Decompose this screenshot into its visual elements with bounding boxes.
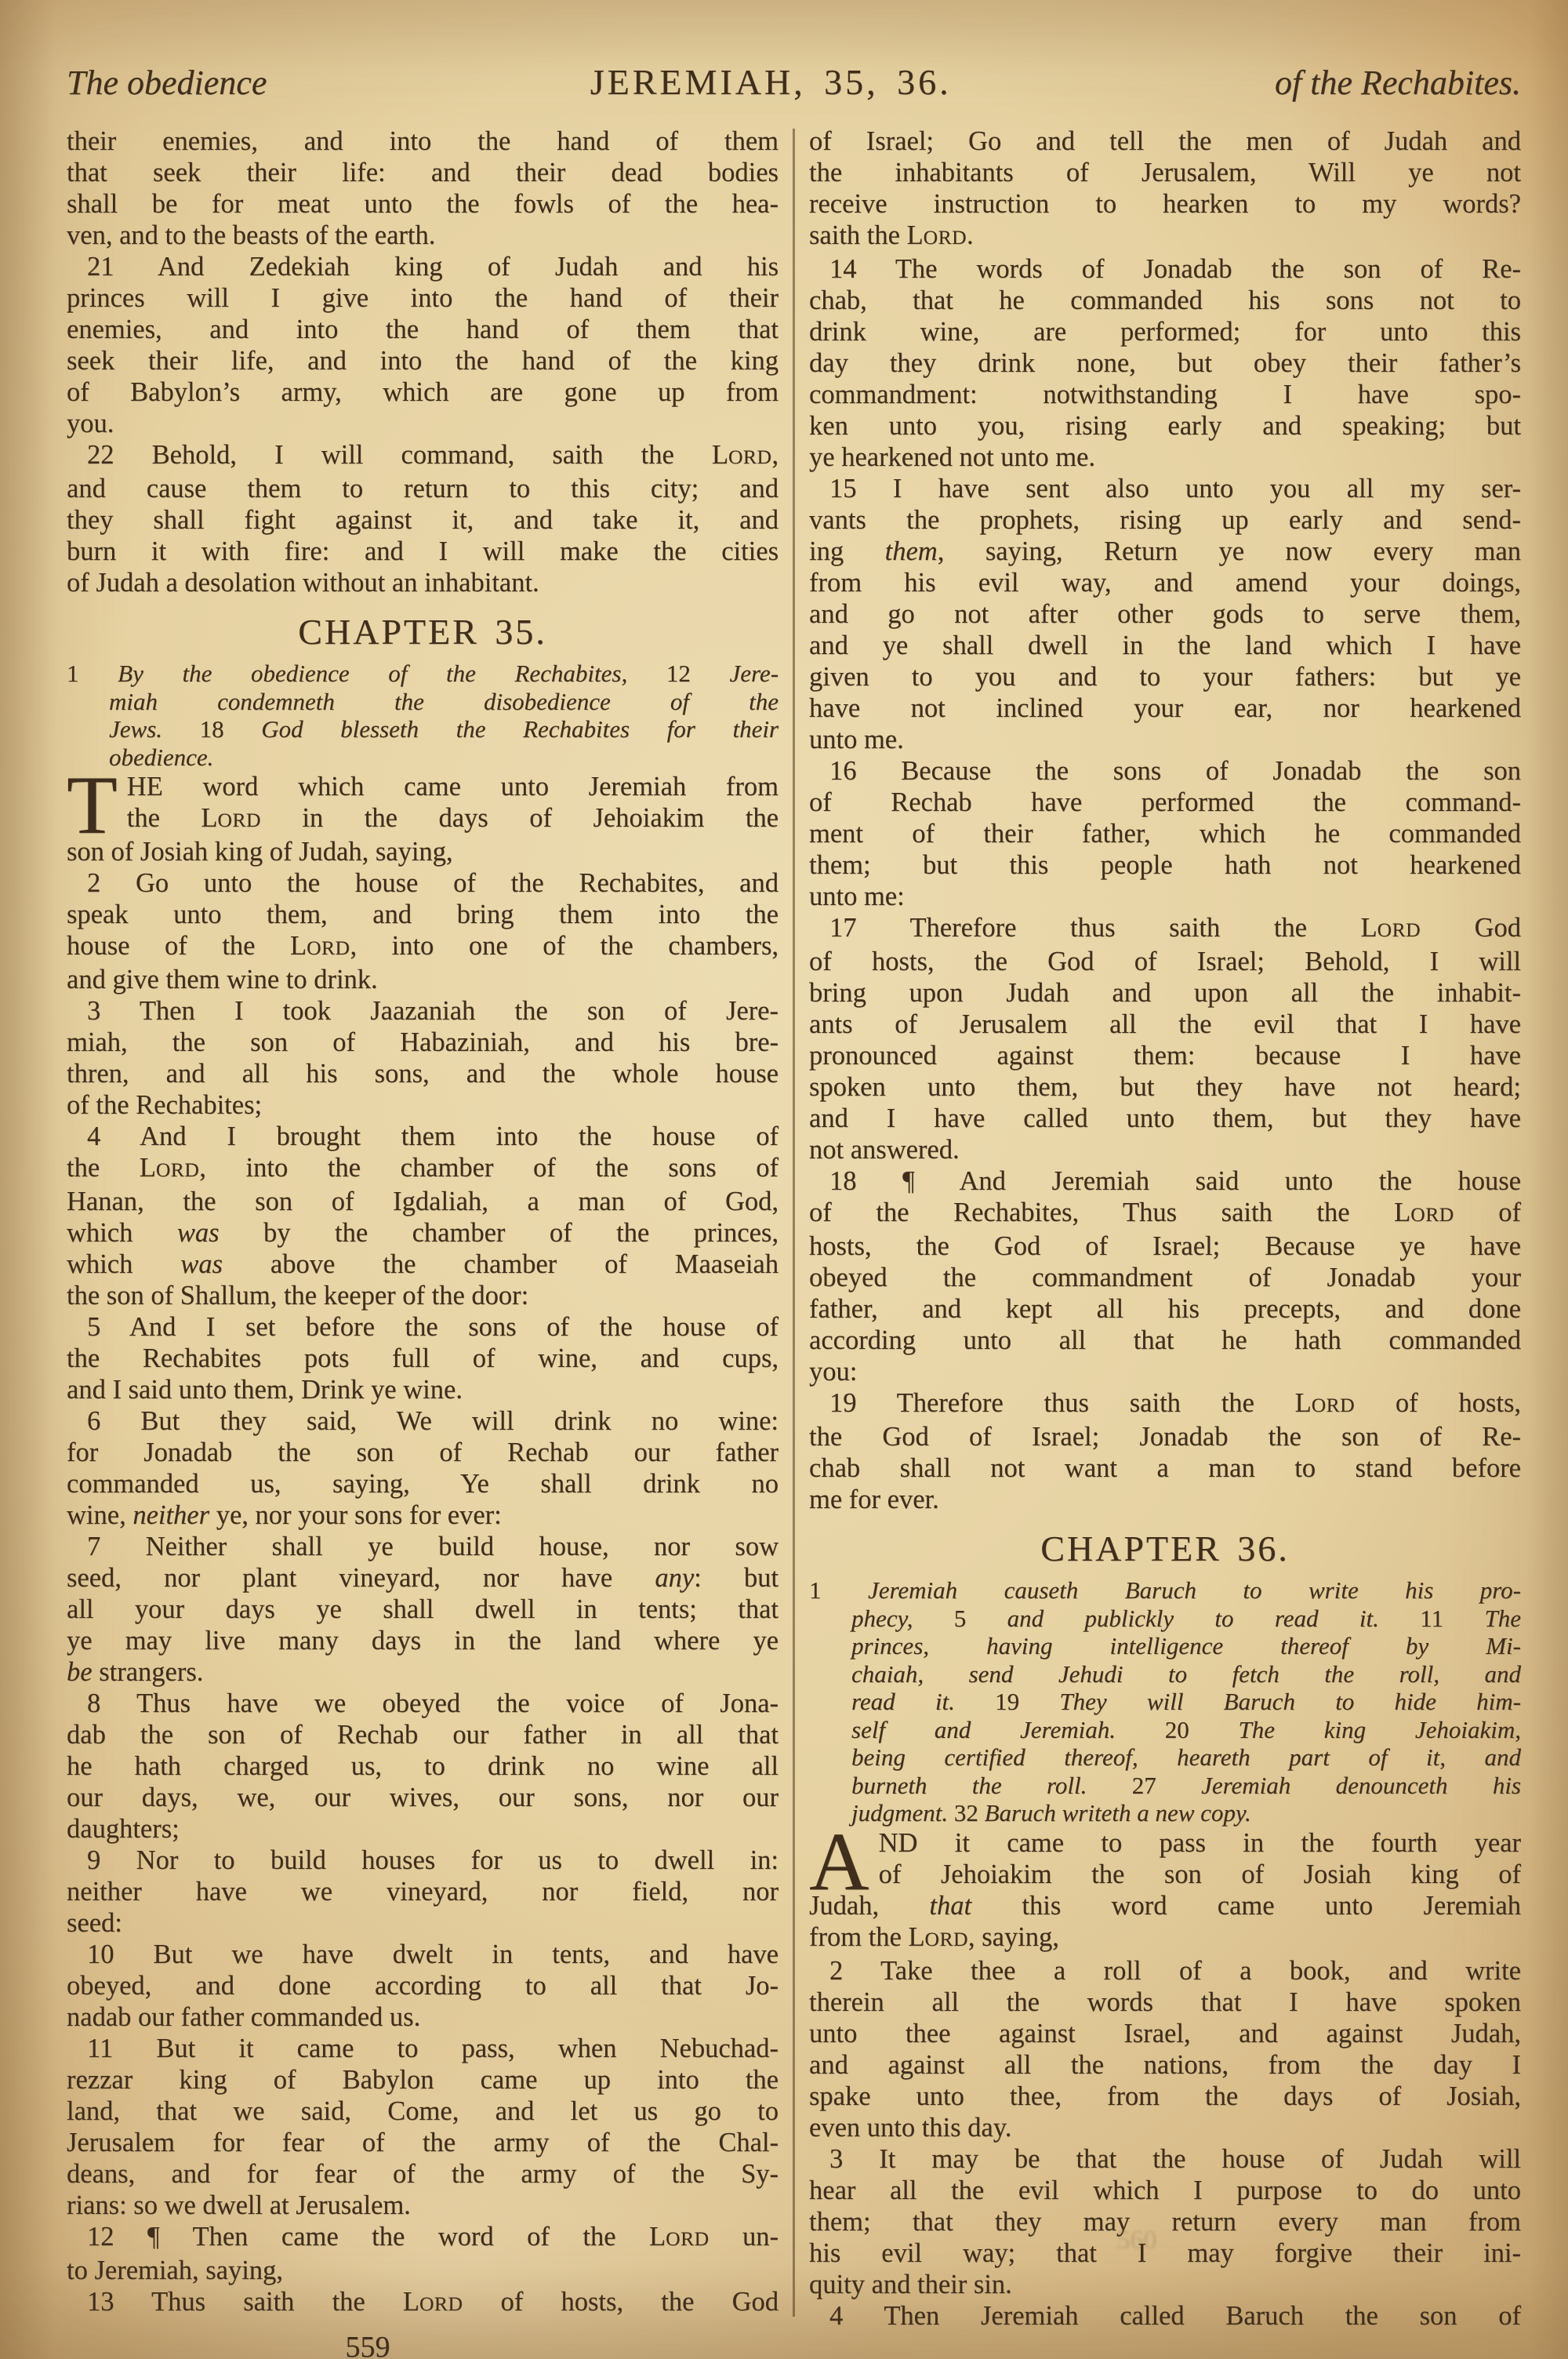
verse-paragraph: 22 Behold, I will command, saith the LOR… (67, 439, 779, 598)
text-line: all your days ye shall dwell in tents; t… (67, 1594, 779, 1625)
text-line: chaiah, send Jehudi to fetch the roll, a… (809, 1660, 1521, 1688)
text-line: that seek their life: and their dead bod… (67, 157, 779, 188)
text-line: ken unto you, rising early and speaking;… (809, 410, 1521, 442)
text-line: drink wine, are performed; for unto this (809, 316, 1521, 347)
text-line: vants the prophets, rising up early and … (809, 504, 1521, 536)
text-line: the LORD in the days of Jehoiakim the (67, 802, 779, 836)
italic-text: was (180, 1249, 223, 1279)
verse-paragraph: 21 And Zedekiah king of Judah and hispri… (67, 251, 779, 439)
text-line: to Jeremiah, saying, (67, 2255, 779, 2286)
text-line: nadab our father commanded us. (67, 2001, 779, 2033)
text-line: ven, and to the beasts of the earth. (67, 220, 779, 251)
verse-paragraph: 2 Go unto the house of the Rechabites, a… (67, 867, 779, 995)
italic-text: being certified thereof, heareth part of… (851, 1743, 1521, 1771)
small-caps-text: ORD (1410, 1203, 1454, 1226)
text-line: obedience. (67, 743, 779, 772)
small-caps-text: ORD (924, 226, 967, 249)
verse-paragraph: 10 But we have dwelt in tents, and haveo… (67, 1939, 779, 2033)
text-line: pronounced against them: because I have (809, 1040, 1521, 1071)
text-line: phecy, 5 and publickly to read it. 11 Th… (809, 1605, 1521, 1633)
italic-text: Jere- (730, 660, 779, 687)
text-line: quity and their sin. (809, 2269, 1521, 2300)
bible-page: The obedience JEREMIAH, 35, 36. of the R… (0, 0, 1568, 2359)
text-line: princes will I give into the hand of the… (67, 282, 779, 314)
text-line: 4 And I brought them into the house of (67, 1121, 779, 1152)
text-line: which was by the chamber of the princes, (67, 1217, 779, 1249)
text-line: rians: so we dwell at Jerusalem. (67, 2190, 779, 2221)
text-line: 11 But it came to pass, when Nebuchad- (67, 2033, 779, 2064)
verse-paragraph: of Israel; Go and tell the men of Judah … (809, 125, 1521, 253)
text-line: 3 Then I took Jaazaniah the son of Jere- (67, 995, 779, 1027)
text-line: HE word which came unto Jeremiah from (67, 771, 779, 802)
text-line: 2 Go unto the house of the Rechabites, a… (67, 867, 779, 899)
text-line: and I said unto them, Drink ye wine. (67, 1374, 779, 1405)
italic-text: phecy, (851, 1605, 913, 1632)
text-line: 9 Nor to build houses for us to dwell in… (67, 1845, 779, 1876)
text-line: therein all the words that I have spoken (809, 1986, 1521, 2018)
verse-paragraph: 4 And I brought them into the house ofth… (67, 1121, 779, 1311)
text-line: chab shall not want a man to stand befor… (809, 1452, 1521, 1484)
text-line: of hosts, the God of Israel; Behold, I w… (809, 946, 1521, 977)
text-line: hosts, the God of Israel; Because ye hav… (809, 1230, 1521, 1262)
verse-paragraph: 12 ¶ Then came the word of the LORD un-t… (67, 2221, 779, 2286)
verse-paragraph: 3 It may be that the house of Judah will… (809, 2143, 1521, 2300)
text-line: 12 ¶ Then came the word of the LORD un- (67, 2221, 779, 2255)
text-line: wine, neither ye, nor your sons for ever… (67, 1499, 779, 1531)
small-caps-text: ORD (666, 2227, 709, 2250)
text-line: the LORD, into the chamber of the sons o… (67, 1152, 779, 1186)
text-line: father, and kept all his precepts, and d… (809, 1293, 1521, 1325)
text-line: commanded us, saying, Ye shall drink no (67, 1468, 779, 1499)
verse-paragraph: 8 Thus have we obeyed the voice of Jona-… (67, 1688, 779, 1845)
text-line: seek their life, and into the hand of th… (67, 345, 779, 376)
verse-paragraph: 11 But it came to pass, when Nebuchad-re… (67, 2033, 779, 2221)
text-line: enemies, and into the hand of them that (67, 314, 779, 345)
text-line: Jerusalem for fear of the army of the Ch… (67, 2127, 779, 2158)
column-divider-rule (779, 125, 809, 2359)
verse-paragraph: 7 Neither shall ye build house, nor sows… (67, 1531, 779, 1688)
text-line: for Jonadab the son of Rechab our father (67, 1437, 779, 1468)
text-line: rezzar king of Babylon came up into the (67, 2064, 779, 2095)
text-line: from his evil way, and amend your doings… (809, 567, 1521, 598)
small-caps-text: ORD (307, 936, 350, 959)
text-line: 8 Thus have we obeyed the voice of Jona- (67, 1688, 779, 1719)
text-line: judgment. 32 Baruch writeth a new copy. (809, 1799, 1521, 1827)
verse-paragraph: 19 Therefore thus saith the LORD of host… (809, 1387, 1521, 1515)
text-line: seed: (67, 1907, 779, 1939)
text-line: from the LORD, saying, (809, 1921, 1521, 1955)
text-line: 7 Neither shall ye build house, nor sow (67, 1531, 779, 1562)
text-line: of Israel; Go and tell the men of Judah … (809, 125, 1521, 157)
text-line: commandment: notwithstanding I have spo- (809, 379, 1521, 410)
text-line: ment of their father, which he commanded (809, 818, 1521, 849)
text-line: and against all the nations, from the da… (809, 2049, 1521, 2081)
small-caps-text: ORD (419, 2292, 463, 2315)
text-line: chab, that he commanded his sons not to (809, 285, 1521, 316)
small-caps-text: ORD (925, 1928, 968, 1950)
text-line: saith the LORD. (809, 220, 1521, 253)
text-line: given to you and to your fathers: but ye (809, 661, 1521, 692)
text-line: me for ever. (809, 1484, 1521, 1515)
running-head-left: The obedience (67, 64, 267, 103)
text-line: have not inclined your ear, nor hearkene… (809, 692, 1521, 724)
text-line: of the Rechabites; (67, 1089, 779, 1121)
drop-cap-letter: T (67, 771, 118, 834)
text-line: be strangers. (67, 1656, 779, 1688)
text-line: of Jehoiakim the son of Josiah king of (809, 1859, 1521, 1890)
text-line: 14 The words of Jonadab the son of Re- (809, 253, 1521, 285)
running-head: The obedience JEREMIAH, 35, 36. of the R… (67, 63, 1521, 102)
dropcap-paragraph: THE word which came unto Jeremiah fromth… (67, 771, 779, 867)
italic-text: God blesseth the Rechabites for their (261, 715, 779, 743)
text-line: ye may live many days in the land where … (67, 1625, 779, 1656)
italic-text: them (885, 536, 938, 566)
verse-paragraph: 4 Then Jeremiah called Baruch the son of (809, 2300, 1521, 2332)
italic-text: be (67, 1657, 93, 1687)
text-line: their enemies, and into the hand of them (67, 125, 779, 157)
text-line: land, that we said, Come, and let us go … (67, 2095, 779, 2127)
text-line: spake unto thee, from the days of Josiah… (809, 2081, 1521, 2112)
italic-text: The (1485, 1605, 1522, 1632)
text-line: and give them wine to drink. (67, 964, 779, 995)
text-line: 10 But we have dwelt in tents, and have (67, 1939, 779, 1970)
text-line: the God of Israel; Jonadab the son of Re… (809, 1421, 1521, 1452)
italic-text: Baruch writeth a new copy. (985, 1799, 1251, 1826)
bleedthrough-page-number: 560 (1082, 2226, 1192, 2255)
italic-text: princes, having intelligence thereof by … (851, 1632, 1521, 1659)
text-line: 21 And Zedekiah king of Judah and his (67, 251, 779, 282)
text-line: shall be for meat unto the fowls of the … (67, 188, 779, 220)
text-line: 13 Thus saith the LORD of hosts, the God (67, 2286, 779, 2320)
italic-text: obedience. (109, 743, 213, 771)
text-line: which was above the chamber of Maaseiah (67, 1249, 779, 1280)
verse-paragraph: their enemies, and into the hand of them… (67, 125, 779, 251)
text-line: day they drink none, but obey their fath… (809, 347, 1521, 379)
text-line: burn it with fire: and I will make the c… (67, 536, 779, 567)
text-line: thren, and all his sons, and the whole h… (67, 1058, 779, 1089)
text-line: daughters; (67, 1813, 779, 1845)
text-line: self and Jeremiah. 20 The king Jehoiakim… (809, 1716, 1521, 1744)
text-line: unto thee against Israel, and against Ju… (809, 2018, 1521, 2049)
text-line: house of the LORD, into one of the chamb… (67, 930, 779, 964)
text-line: unto me: (809, 881, 1521, 912)
text-line: you: (809, 1356, 1521, 1387)
text-line: hear all the evil which I purpose to do … (809, 2175, 1521, 2206)
text-line: bring upon Judah and upon all the inhabi… (809, 977, 1521, 1009)
text-line: princes, having intelligence thereof by … (809, 1632, 1521, 1660)
small-caps-text: ORD (728, 445, 771, 468)
text-line: 2 Take thee a roll of a book, and write (809, 1955, 1521, 1986)
text-line: speak unto them, and bring them into the (67, 899, 779, 930)
small-caps-text: ORD (1312, 1394, 1355, 1416)
italic-text: The king Jehoiakim, (1239, 1716, 1522, 1743)
text-columns: their enemies, and into the hand of them… (67, 125, 1521, 2359)
italic-text: miah condemneth the disobedience of the (109, 688, 779, 715)
text-line: and go not after other gods to serve the… (809, 598, 1521, 630)
text-line: receive instruction to hearken to my wor… (809, 188, 1521, 220)
italic-text: read it. (851, 1688, 955, 1715)
verse-paragraph: 2 Take thee a roll of a book, and writet… (809, 1955, 1521, 2143)
italic-text: judgment. (851, 1799, 948, 1826)
text-line: and cause them to return to this city; a… (67, 473, 779, 504)
verse-paragraph: 18 ¶ And Jeremiah said unto the houseof … (809, 1165, 1521, 1387)
verse-paragraph: 13 Thus saith the LORD of hosts, the God (67, 2286, 779, 2320)
text-line: even unto this day. (809, 2112, 1521, 2143)
italic-text: was (177, 1218, 220, 1248)
text-line: miah condemneth the disobedience of the (67, 688, 779, 716)
small-caps-text: ORD (156, 1158, 199, 1181)
text-line: 18 ¶ And Jeremiah said unto the house (809, 1165, 1521, 1197)
text-line: 4 Then Jeremiah called Baruch the son of (809, 2300, 1521, 2332)
italic-text: chaiah, send Jehudi to fetch the roll, a… (851, 1660, 1521, 1688)
text-line: 22 Behold, I will command, saith the LOR… (67, 439, 779, 473)
text-line: not answered. (809, 1134, 1521, 1165)
text-line: dab the son of Rechab our father in all … (67, 1719, 779, 1750)
text-line: obeyed, and done according to all that J… (67, 1970, 779, 2001)
text-line: of Judah a desolation without an inhabit… (67, 567, 779, 598)
verse-paragraph: 14 The words of Jonadab the son of Re-ch… (809, 253, 1521, 473)
column-right: of Israel; Go and tell the men of Judah … (809, 125, 1521, 2359)
italic-text: burneth the roll. (851, 1772, 1087, 1799)
italic-text: Jeremiah causeth Baruch to write his pro… (868, 1576, 1521, 1604)
text-line: them; but this people hath not hearkened (809, 849, 1521, 881)
text-line: read it. 19 They will Baruch to hide him… (809, 1688, 1521, 1716)
text-line: being certified thereof, heareth part of… (809, 1743, 1521, 1772)
running-head-right: of the Rechabites. (1275, 64, 1521, 103)
text-line: the son of Shallum, the keeper of the do… (67, 1280, 779, 1311)
italic-text: that (929, 1891, 971, 1921)
page-content: The obedience JEREMIAH, 35, 36. of the R… (67, 63, 1521, 2359)
running-head-title: JEREMIAH, 35, 36. (590, 63, 952, 102)
text-line: 19 Therefore thus saith the LORD of host… (809, 1387, 1521, 1421)
text-line: Hanan, the son of Igdaliah, a man of God… (67, 1186, 779, 1217)
column-left: their enemies, and into the hand of them… (67, 125, 779, 2359)
text-line: ants of Jerusalem all the evil that I ha… (809, 1009, 1521, 1040)
text-line: 1 Jeremiah causeth Baruch to write his p… (809, 1576, 1521, 1605)
italic-text: neither (132, 1500, 209, 1530)
text-line: 16 Because the sons of Jonadab the son (809, 755, 1521, 787)
page-number: 559 (67, 2331, 779, 2359)
text-line: and I have called unto them, but they ha… (809, 1103, 1521, 1134)
text-line: they shall fight against it, and take it… (67, 504, 779, 536)
italic-text: self and Jeremiah. (851, 1716, 1116, 1743)
text-line: 17 Therefore thus saith the LORD God (809, 912, 1521, 946)
text-line: our days, we, our wives, our sons, nor o… (67, 1782, 779, 1813)
italic-text: and publickly to read it. (1007, 1605, 1379, 1632)
text-line: spoken unto them, but they have not hear… (809, 1071, 1521, 1103)
text-line: Judah, that this word came unto Jeremiah (809, 1890, 1521, 1921)
text-line: ye hearkened not unto me. (809, 442, 1521, 473)
italic-text: any (655, 1563, 694, 1593)
text-line: son of Josiah king of Judah, saying, (67, 836, 779, 867)
text-line: of Rechab have performed the command- (809, 787, 1521, 818)
italic-text: By the obedience of the Rechabites, (118, 660, 627, 687)
text-line: Jews. 18 God blesseth the Rechabites for… (67, 715, 779, 743)
text-line: burneth the roll. 27 Jeremiah denounceth… (809, 1772, 1521, 1800)
verse-paragraph: 3 Then I took Jaazaniah the son of Jere-… (67, 995, 779, 1121)
text-line: ND it came to pass in the fourth year (809, 1827, 1521, 1859)
text-line: seed, nor plant vineyard, nor have any: … (67, 1562, 779, 1594)
italic-text: Jeremiah denounceth his (1201, 1772, 1521, 1799)
text-line: he hath charged us, to drink no wine all (67, 1750, 779, 1782)
text-line: 15 I have sent also unto you all my ser- (809, 473, 1521, 504)
dropcap-paragraph: AND it came to pass in the fourth yearof… (809, 1827, 1521, 1955)
text-line: deans, and for fear of the army of the S… (67, 2158, 779, 2190)
text-line: 5 And I set before the sons of the house… (67, 1311, 779, 1343)
text-line: you. (67, 408, 779, 439)
small-caps-text: ORD (218, 809, 261, 831)
text-line: unto me. (809, 724, 1521, 755)
verse-paragraph: 16 Because the sons of Jonadab the sonof… (809, 755, 1521, 912)
text-line: 3 It may be that the house of Judah will (809, 2143, 1521, 2175)
italic-text: Jews. (109, 715, 162, 743)
text-line: and ye shall dwell in the land which I h… (809, 630, 1521, 661)
text-line: of Babylon’s army, which are gone up fro… (67, 376, 779, 408)
text-line: the inhabitants of Jerusalem, Will ye no… (809, 157, 1521, 188)
drop-cap-letter: A (809, 1827, 869, 1890)
chapter-summary: 1 Jeremiah causeth Baruch to write his p… (809, 1576, 1521, 1827)
text-line: the Rechabites pots full of wine, and cu… (67, 1343, 779, 1374)
verse-paragraph: 6 But they said, We will drink no wine:f… (67, 1405, 779, 1531)
small-caps-text: ORD (1377, 918, 1421, 941)
verse-paragraph: 5 And I set before the sons of the house… (67, 1311, 779, 1405)
chapter-heading: CHAPTER 36. (809, 1531, 1521, 1567)
verse-paragraph: 9 Nor to build houses for us to dwell in… (67, 1845, 779, 1939)
text-line: obeyed the commandment of Jonadab your (809, 1262, 1521, 1293)
chapter-heading: CHAPTER 35. (67, 614, 779, 650)
text-line: ing them, saying, Return ye now every ma… (809, 536, 1521, 567)
italic-text: They will Baruch to hide him- (1059, 1688, 1521, 1715)
text-line: miah, the son of Habaziniah, and his bre… (67, 1027, 779, 1058)
verse-paragraph: 15 I have sent also unto you all my ser-… (809, 473, 1521, 755)
verse-paragraph: 17 Therefore thus saith the LORD Godof h… (809, 912, 1521, 1165)
text-line: 6 But they said, We will drink no wine: (67, 1405, 779, 1437)
text-line: 1 By the obedience of the Rechabites, 12… (67, 660, 779, 688)
text-line: according unto all that he hath commande… (809, 1325, 1521, 1356)
chapter-summary: 1 By the obedience of the Rechabites, 12… (67, 660, 779, 771)
text-line: of the Rechabites, Thus saith the LORD o… (809, 1197, 1521, 1230)
text-line: neither have we vineyard, nor field, nor (67, 1876, 779, 1907)
